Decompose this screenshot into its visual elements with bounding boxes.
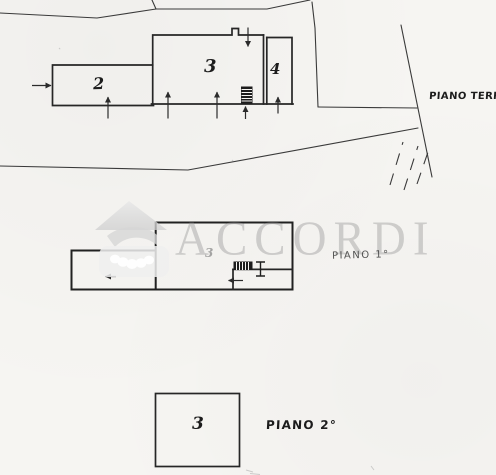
first-floor-title: PIANO 1° — [332, 249, 390, 262]
ground-floor-room-2-label: 2 — [93, 74, 105, 93]
dashed-boundary-lines — [390, 142, 428, 190]
second-floor-room-3-label: 3 — [192, 414, 204, 434]
first-floor-outline — [72, 223, 293, 290]
scanned-floor-plan-page: ACCORDI 2 3 4 PIANO TERRA 3 PIANO 1° 3 P… — [0, 0, 496, 475]
first-floor-room-3-label: 3 — [205, 246, 213, 260]
ground-floor-room-4-label: 4 — [270, 60, 280, 78]
first-floor-stairs-icon — [234, 262, 253, 271]
second-floor-title: PIANO 2° — [266, 418, 338, 432]
ground-floor-title: PIANO TERRA — [429, 91, 496, 102]
ground-floor-outline — [53, 29, 294, 106]
floor-plan-drawing — [0, 0, 496, 475]
ground-floor-stairs-icon — [241, 87, 253, 104]
site-boundary-lines — [0, 0, 432, 177]
ground-floor-room-3-label: 3 — [204, 56, 217, 77]
